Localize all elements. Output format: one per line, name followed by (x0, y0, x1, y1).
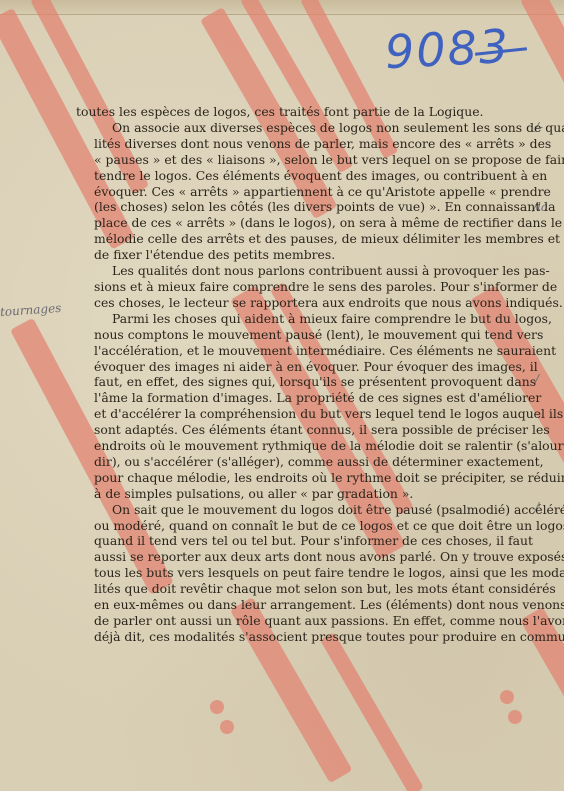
text-line: sont adaptés. Ces éléments étant connus,… (76, 422, 525, 438)
text-line: pour chaque mélodie, les endroits où le … (76, 470, 525, 486)
text-line: mélodie celle des arrêts et des pauses, … (76, 231, 525, 247)
text-line: quand il tend vers tel ou tel but. Pour … (76, 533, 525, 549)
text-line: tendre le logos. Ces éléments évoquent d… (76, 168, 525, 184)
paragraph: On sait que le mouvement du logos doit ê… (76, 502, 525, 645)
text-line: aussi se reporter aux deux arts dont nou… (76, 549, 525, 565)
paragraph: Les qualités dont nous parlons contribue… (76, 263, 525, 311)
text-line: l'accélération, et le mouvement interméd… (76, 343, 525, 359)
text-line: à de simples pulsations, ou aller « par … (76, 486, 525, 502)
text-line: l'âme la formation d'images. La propriét… (76, 390, 525, 406)
text-line: en eux-mêmes ou dans leur arrangement. L… (76, 597, 525, 613)
text-line: de fixer l'étendue des petits membres. (76, 247, 525, 263)
scanned-page: 9083 tournages /- /la / / toutes les esp… (0, 0, 564, 791)
text-line: On sait que le mouvement du logos doit ê… (76, 502, 525, 518)
text-line: sions et à mieux faire comprendre le sen… (76, 279, 525, 295)
text-line: ou modéré, quand on connaît le but de ce… (76, 518, 525, 534)
text-line: déjà dit, ces modalités s'associent pres… (76, 629, 525, 645)
text-line: ces choses, le lecteur se rapportera aux… (76, 295, 525, 311)
paragraph: On associe aux diverses espèces de logos… (76, 120, 525, 263)
text-line: endroits où le mouvement rythmique de la… (76, 438, 525, 454)
text-line: évoquer des images ni aider à en évoquer… (76, 359, 525, 375)
text-line: Les qualités dont nous parlons contribue… (76, 263, 525, 279)
text-line: « pauses » et des « liaisons », selon le… (76, 152, 525, 168)
body-text: toutes les espèces de logos, ces traités… (76, 104, 525, 645)
text-line: place de ces « arrêts » (dans le logos),… (76, 215, 525, 231)
text-line: tous les buts vers lesquels on peut fair… (76, 565, 525, 581)
text-line: lités que doit revêtir chaque mot selon … (76, 581, 525, 597)
text-line: lités diverses dont nous venons de parle… (76, 136, 525, 152)
text-line: nous comptons le mouvement pausé (lent),… (76, 327, 525, 343)
text-line: évoquer. Ces « arrêts » appartiennent à … (76, 184, 525, 200)
handwritten-shelf-mark: 9083 (384, 19, 512, 79)
text-line: et d'accélérer la compréhension du but v… (76, 406, 525, 422)
text-line: dir), ou s'accélérer (s'alléger), comme … (76, 454, 525, 470)
text-line: (les choses) selon les côtés (les divers… (76, 199, 525, 215)
text-line: toutes les espèces de logos, ces traités… (76, 104, 525, 120)
text-line: faut, en effet, des signes qui, lorsqu'i… (76, 374, 525, 390)
page-top-edge (0, 0, 564, 15)
paragraph: toutes les espèces de logos, ces traités… (76, 104, 525, 120)
paragraph: Parmi les choses qui aident à mieux fair… (76, 311, 525, 502)
margin-note-left: tournages (0, 301, 62, 319)
text-line: On associe aux diverses espèces de logos… (76, 120, 525, 136)
text-line: Parmi les choses qui aident à mieux fair… (76, 311, 525, 327)
text-line: de parler ont aussi un rôle quant aux pa… (76, 613, 525, 629)
